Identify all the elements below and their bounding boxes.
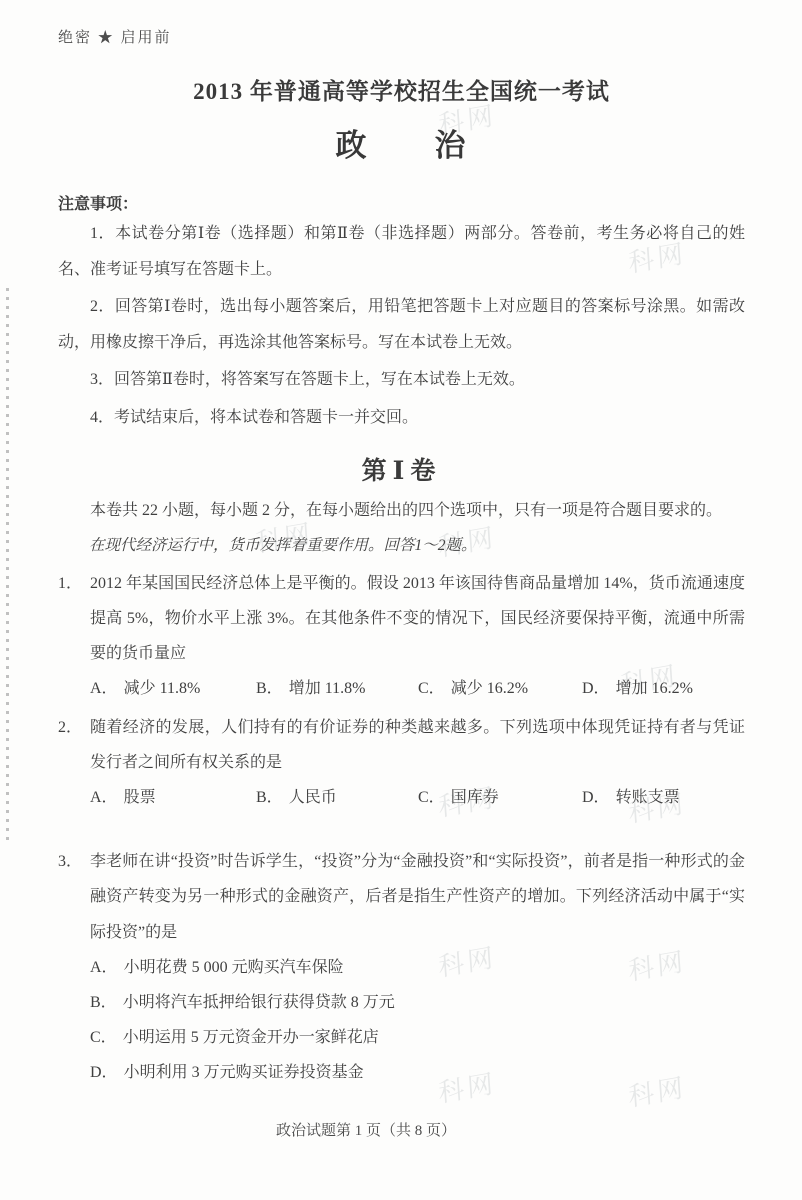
option-text: 转账支票 [616,789,680,806]
option-label: A． [90,789,118,806]
question-3-option-c: C．小明运用 5 万元资金开办一家鲜花店 [90,1020,745,1055]
question-3-number: 3． [58,844,90,879]
option-label: D． [582,680,610,697]
question-2-option-c: C．国库券 [418,780,582,815]
question-3-option-d: D．小明利用 3 万元购买证券投资基金 [90,1055,745,1090]
question-2-options: A．股票 B．人民币 C．国库券 D．转账支票 [90,780,745,815]
subject-title: 政 治 [58,120,745,165]
notice-item-1: 1．本试卷分第Ⅰ卷（选择题）和第Ⅱ卷（非选择题）两部分。答卷前，考生务必将自己的… [58,216,745,287]
option-text: 股票 [124,789,156,806]
option-text: 减少 11.8% [124,680,201,697]
question-1-option-d: D．增加 16.2% [582,671,745,706]
option-label: B． [256,680,283,697]
question-3-body: 李老师在讲“投资”时告诉学生，“投资”分为“金融投资”和“实际投资”，前者是指一… [90,844,745,1090]
question-1-stem: 2012 年某国国民经济总体上是平衡的。假设 2013 年该国待售商品量增加 1… [90,566,745,672]
question-1-option-b: B．增加 11.8% [256,671,418,706]
option-label: C． [90,1029,117,1046]
question-3-stem: 李老师在讲“投资”时告诉学生，“投资”分为“金融投资”和“实际投资”，前者是指一… [90,844,745,950]
option-label: A． [90,680,118,697]
option-text: 人民币 [289,789,337,806]
question-2: 2． 随着经济的发展，人们持有的有价证券的种类越来越多。下列选项中体现凭证持有者… [58,710,745,816]
notice-item-2: 2．回答第Ⅰ卷时，选出每小题答案后，用铅笔把答题卡上对应题目的答案标号涂黑。如需… [58,289,745,360]
option-text: 增加 11.8% [289,680,366,697]
section-1-lead-in: 在现代经济运行中，货币发挥着重要作用。回答1～2题。 [58,530,745,563]
option-label: B． [256,789,283,806]
exam-title: 2013 年普通高等学校招生全国统一考试 [58,73,745,106]
section-1-intro: 本卷共 22 小题，每小题 2 分，在每小题给出的四个选项中，只有一项是符合题目… [58,493,745,528]
question-3-option-a: A．小明花费 5 000 元购买汽车保险 [90,950,745,985]
notice-heading: 注意事项： [58,191,745,214]
question-1-number: 1． [58,566,90,601]
question-2-option-b: B．人民币 [256,780,418,815]
option-text: 增加 16.2% [616,680,693,697]
option-text: 小明运用 5 万元资金开办一家鲜花店 [123,1029,379,1046]
section-1-heading: 第Ⅰ卷 [58,451,745,487]
option-label: D． [90,1064,118,1081]
page-content: 绝密 ★ 启用前 2013 年普通高等学校招生全国统一考试 政 治 注意事项： … [0,0,802,1090]
classification-label: 绝密 ★ 启用前 [58,26,745,47]
question-3-options: A．小明花费 5 000 元购买汽车保险 B．小明将汽车抵押给银行获得贷款 8 … [90,950,745,1091]
notice-item-3: 3．回答第Ⅱ卷时，将答案写在答题卡上，写在本试卷上无效。 [58,362,745,398]
question-1-option-c: C．减少 16.2% [418,671,582,706]
question-1: 1． 2012 年某国国民经济总体上是平衡的。假设 2013 年该国待售商品量增… [58,566,745,707]
option-label: C． [418,680,445,697]
question-2-stem: 随着经济的发展，人们持有的有价证券的种类越来越多。下列选项中体现凭证持有者与凭证… [90,710,745,780]
notice-item-4: 4．考试结束后，将本试卷和答题卡一并交回。 [58,400,745,436]
option-text: 小明利用 3 万元购买证券投资基金 [124,1064,364,1081]
option-label: A． [90,959,118,976]
option-label: C． [418,789,445,806]
exam-paper-page: 科网 科网 科网 科网 科网 科网 科网 科网 科网 科网 科网 绝密 ★ 启用… [0,0,802,1200]
question-1-options: A．减少 11.8% B．增加 11.8% C．减少 16.2% D．增加 16… [90,671,745,706]
spacer [58,815,745,841]
option-label: B． [90,994,117,1011]
page-footer: 政治试题第 1 页（共 8 页） [0,1119,767,1140]
question-2-option-a: A．股票 [90,780,256,815]
option-label: D． [582,789,610,806]
question-2-option-d: D．转账支票 [582,780,745,815]
option-text: 国库券 [451,789,499,806]
option-text: 减少 16.2% [451,680,528,697]
question-2-number: 2． [58,710,90,745]
question-1-body: 2012 年某国国民经济总体上是平衡的。假设 2013 年该国待售商品量增加 1… [90,566,745,707]
question-2-body: 随着经济的发展，人们持有的有价证券的种类越来越多。下列选项中体现凭证持有者与凭证… [90,710,745,816]
option-text: 小明花费 5 000 元购买汽车保险 [124,959,344,976]
question-3: 3． 李老师在讲“投资”时告诉学生，“投资”分为“金融投资”和“实际投资”，前者… [58,844,745,1090]
option-text: 小明将汽车抵押给银行获得贷款 8 万元 [123,994,395,1011]
question-3-option-b: B．小明将汽车抵押给银行获得贷款 8 万元 [90,985,745,1020]
question-1-option-a: A．减少 11.8% [90,671,256,706]
